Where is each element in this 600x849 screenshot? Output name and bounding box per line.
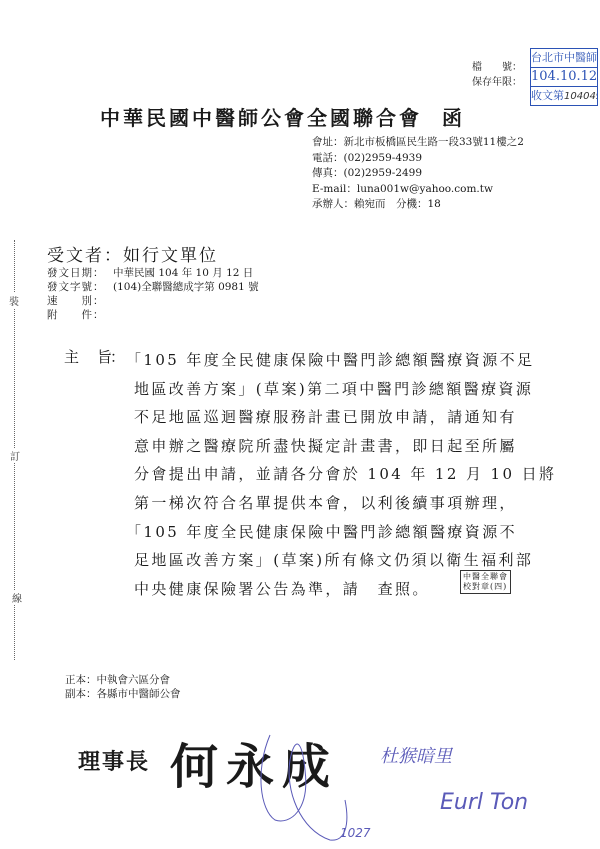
subject-line: 「105 年度全民健康保險中醫門診總額醫療資源不足 xyxy=(126,346,566,375)
subject-colon: ： xyxy=(110,346,125,367)
recipient: 受文者：如行文單位 xyxy=(47,241,218,266)
seal-line-1: 中醫全聯會 xyxy=(463,572,508,582)
stamp-number: 收文第1040493號 xyxy=(531,87,597,105)
binding-char-ding: 訂 xyxy=(9,448,21,463)
file-no-label: 檔 號： xyxy=(472,60,522,75)
binding-char-zhuang: 裝 xyxy=(8,293,20,308)
contact-address: 會址：新北市板橋區民生路一段33號11樓之2 xyxy=(312,135,524,151)
copy-recipient: 副本：各縣市中醫師公會 xyxy=(65,687,181,701)
ref-no-label: 發文字號： xyxy=(47,280,113,294)
seal-line-2: 校對章(四) xyxy=(463,582,508,592)
issue-date-label: 發文日期： xyxy=(47,266,113,280)
document-meta: 發文日期：中華民國 104 年 10 月 12 日 發文字號：(104)全聯醫總… xyxy=(47,266,259,322)
contact-phone: 電話：(02)2959-4939 xyxy=(312,151,524,167)
issuer-title: 中華民國中醫師公會全國聯合會 xyxy=(100,102,422,131)
original-recipient: 正本：中執會六區分會 xyxy=(65,673,181,687)
stamp-number-prefix: 收文第 xyxy=(531,89,564,102)
handwritten-date: 1027 xyxy=(340,826,371,840)
subject-line: 分會提出申請，並請各分會於 104 年 12 月 10 日將 xyxy=(126,460,566,489)
stamp-org: 台北市中醫師公會 xyxy=(531,49,597,68)
handwritten-signature-1: 杜猴暗里 xyxy=(380,742,452,768)
speed-label: 速 別： xyxy=(47,294,113,308)
contact-block: 會址：新北市板橋區民生路一段33號11樓之2 電話：(02)2959-4939 … xyxy=(312,135,524,213)
contact-fax: 傳真：(02)2959-2499 xyxy=(312,166,524,182)
ref-no-value: (104)全聯醫總成字第 0981 號 xyxy=(113,281,259,293)
stamp-number-value: 1040493 xyxy=(564,91,597,102)
distribution-list: 正本：中執會六區分會 副本：各縣市中醫師公會 xyxy=(65,673,181,701)
contact-email: E-mail：luna001w@yahoo.com.tw xyxy=(312,182,524,198)
subject-body: 「105 年度全民健康保險中醫門診總額醫療資源不足 地區改善方案」(草案)第二項… xyxy=(126,346,566,603)
handwritten-signature-2: Eurl Ton xyxy=(440,790,528,815)
retention-label: 保存年限： xyxy=(472,75,522,90)
attachment-label: 附 件： xyxy=(47,308,113,322)
issue-date-value: 中華民國 104 年 10 月 12 日 xyxy=(113,267,253,279)
archive-labels: 檔 號： 保存年限： xyxy=(472,60,522,90)
binding-char-xian: 線 xyxy=(11,590,23,605)
received-stamp: 台北市中醫師公會 104.10.12 收文第1040493號 xyxy=(530,48,598,106)
chairman-label: 理事長 xyxy=(78,745,150,776)
subject-line: 第一梯次符合名單提供本會，以利後續事項辦理， xyxy=(126,489,566,518)
subject-line: 「105 年度全民健康保險中醫門診總額醫療資源不 xyxy=(126,518,566,547)
proofreading-seal: 中醫全聯會 校對章(四) xyxy=(460,570,511,594)
stamp-date: 104.10.12 xyxy=(531,68,597,87)
subject-line: 意申辦之醫療院所盡快擬定計畫書，即日起至所屬 xyxy=(126,432,566,461)
subject-line: 不足地區巡迴醫療服務計畫已開放申請，請通知有 xyxy=(126,403,566,432)
contact-handler: 承辦人：賴宛而 分機：18 xyxy=(312,197,524,213)
subject-line: 地區改善方案」(草案)第二項中醫門診總額醫療資源 xyxy=(126,375,566,404)
document-type: 函 xyxy=(442,102,462,131)
